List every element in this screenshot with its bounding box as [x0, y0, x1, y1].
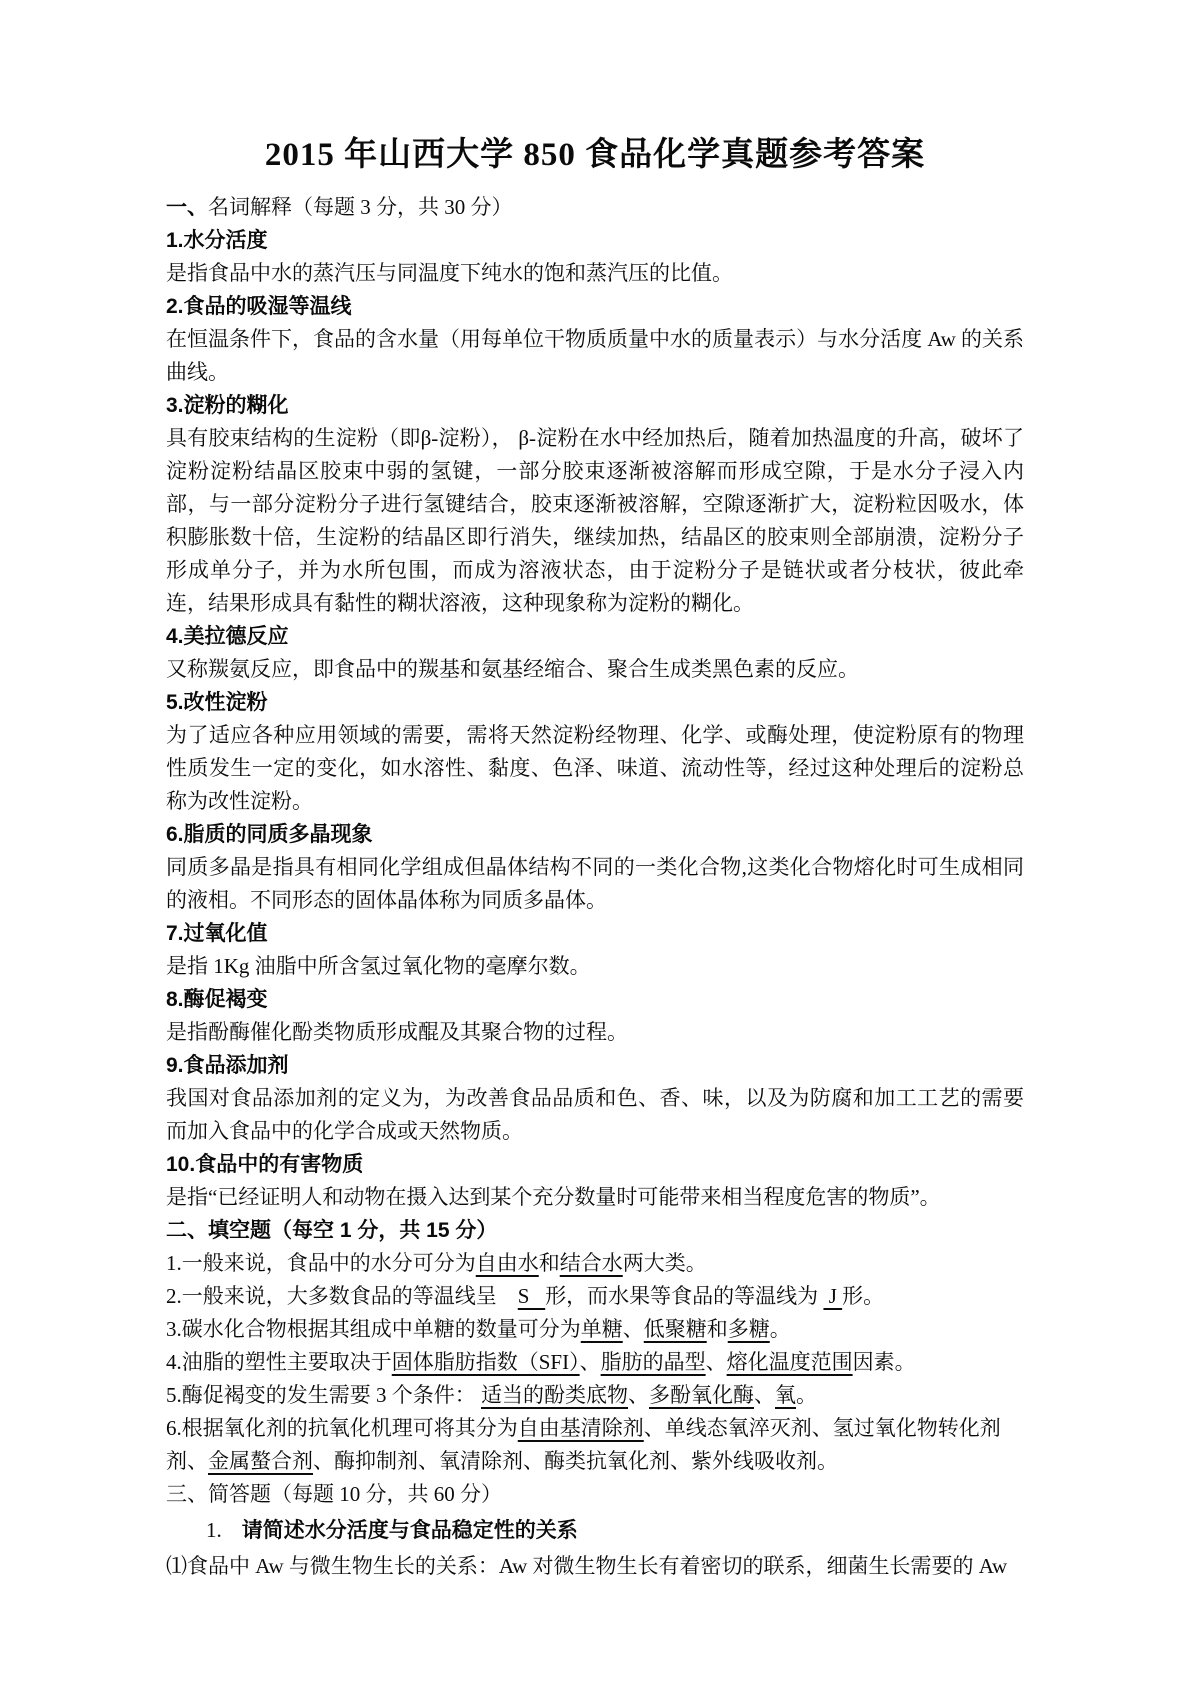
short-answer-question-1: 1.请简述水分活度与食品稳定性的关系 — [206, 1514, 1024, 1547]
glossary-term: 2.食品的吸湿等温线 — [166, 290, 1024, 323]
section-short-answer-heading: 三、简答题（每题 10 分，共 60 分） — [166, 1478, 1024, 1511]
glossary-list: 1.水分活度是指食品中水的蒸汽压与同温度下纯水的饱和蒸汽压的比值。2.食品的吸湿… — [166, 224, 1024, 1214]
fill-blank-answer: 固体脂肪指数（SFI） — [392, 1350, 580, 1374]
glossary-term: 6.脂质的同质多晶现象 — [166, 818, 1024, 851]
glossary-term: 10.食品中的有害物质 — [166, 1148, 1024, 1181]
fill-blank-answer: J — [823, 1284, 842, 1308]
fill-blank-text: 。 — [796, 1383, 817, 1407]
fill-blank-text: 形，而水果等食品的等温线为 — [545, 1284, 823, 1308]
fill-blank-answer: S — [518, 1284, 545, 1308]
fill-blank-answer: 熔化温度范围 — [727, 1350, 853, 1374]
page-title: 2015 年山西大学 850 食品化学真题参考答案 — [0, 0, 1190, 175]
fill-blank-text: 4.油脂的塑性主要取决于 — [166, 1350, 392, 1374]
fill-blank-text: 形。 — [842, 1284, 884, 1308]
glossary-term: 5.改性淀粉 — [166, 686, 1024, 719]
fill-blank-text: 3.碳水化合物根据其组成中单糖的数量可分为 — [166, 1317, 581, 1341]
glossary-definition: 为了适应各种应用领域的需要，需将天然淀粉经物理、化学、或酶处理，使淀粉原有的物理… — [166, 719, 1024, 818]
fill-blank-item: 1.一般来说，食品中的水分可分为自由水和结合水两大类。 — [166, 1247, 1024, 1280]
glossary-definition: 同质多晶是指具有相同化学组成但晶体结构不同的一类化合物,这类化合物熔化时可生成相… — [166, 851, 1024, 917]
fill-blank-list: 1.一般来说，食品中的水分可分为自由水和结合水两大类。2.一般来说，大多数食品的… — [166, 1247, 1024, 1478]
glossary-definition: 是指“已经证明人和动物在摄入达到某个充分数量时可能带来相当程度危害的物质”。 — [166, 1181, 1024, 1214]
fill-blank-answer: 自由水 — [476, 1251, 539, 1275]
fill-blank-text: 和 — [707, 1317, 728, 1341]
glossary-term: 1.水分活度 — [166, 224, 1024, 257]
fill-blank-item: 2.一般来说，大多数食品的等温线呈 S 形，而水果等食品的等温线为 J 形。 — [166, 1280, 1024, 1313]
fill-blank-text: 两大类。 — [623, 1251, 707, 1275]
glossary-term: 7.过氧化值 — [166, 917, 1024, 950]
fill-blank-answer: 低聚糖 — [644, 1317, 707, 1341]
fill-blank-text: 1.一般来说，食品中的水分可分为 — [166, 1251, 476, 1275]
question-title: 请简述水分活度与食品稳定性的关系 — [242, 1519, 578, 1542]
glossary-term: 8.酶促褐变 — [166, 983, 1024, 1016]
glossary-definition: 在恒温条件下，食品的含水量（用每单位干物质质量中水的质量表示）与水分活度 Aw … — [166, 323, 1024, 389]
document-body: 一、名词解释（每题 3 分，共 30 分） 1.水分活度是指食品中水的蒸汽压与同… — [166, 191, 1024, 1583]
fill-blank-answer: 结合水 — [560, 1251, 623, 1275]
answer-first-line: ⑴食品中 Aw 与微生物生长的关系：Aw 对微生物生长有着密切的联系，细菌生长需… — [166, 1550, 1024, 1583]
fill-blank-text: 、酶抑制剂、氧清除剂、酶类抗氧化剂、紫外线吸收剂。 — [313, 1449, 838, 1473]
glossary-term: 4.美拉德反应 — [166, 620, 1024, 653]
glossary-definition: 是指食品中水的蒸汽压与同温度下纯水的饱和蒸汽压的比值。 — [166, 257, 1024, 290]
glossary-definition: 是指酚酶催化酚类物质形成醌及其聚合物的过程。 — [166, 1016, 1024, 1049]
glossary-definition: 我国对食品添加剂的定义为，为改善食品品质和色、香、味，以及为防腐和加工工艺的需要… — [166, 1082, 1024, 1148]
fill-blank-item: 6.根据氧化剂的抗氧化机理可将其分为自由基清除剂、单线态氧淬灭剂、氢过氧化物转化… — [166, 1412, 1024, 1478]
fill-blank-answer: 氧 — [775, 1383, 796, 1407]
glossary-term: 3.淀粉的糊化 — [166, 389, 1024, 422]
fill-blank-text: 、 — [754, 1383, 775, 1407]
fill-blank-answer: 多酚氧化酶 — [649, 1383, 754, 1407]
section-glossary-heading-prefix: 一、 — [166, 195, 208, 219]
question-number: 1. — [206, 1518, 222, 1542]
glossary-definition: 是指 1Kg 油脂中所含氢过氧化物的毫摩尔数。 — [166, 950, 1024, 983]
fill-blank-item: 5.酶促褐变的发生需要 3 个条件： 适当的酚类底物、多酚氧化酶、氧。 — [166, 1379, 1024, 1412]
fill-blank-answer: 脂肪的晶型 — [601, 1350, 706, 1374]
section-glossary-heading: 一、名词解释（每题 3 分，共 30 分） — [166, 191, 1024, 224]
glossary-definition: 具有胶束结构的生淀粉（即β-淀粉）， β-淀粉在水中经加热后，随着加热温度的升高… — [166, 422, 1024, 620]
fill-blank-answer: 多糖 — [728, 1317, 770, 1341]
fill-blank-text: 2.一般来说，大多数食品的等温线呈 — [166, 1284, 518, 1308]
document-page: 2015 年山西大学 850 食品化学真题参考答案 一、名词解释（每题 3 分，… — [0, 0, 1190, 1683]
fill-blank-text: 、 — [706, 1350, 727, 1374]
fill-blank-text: 、 — [628, 1383, 649, 1407]
fill-blank-text: 和 — [539, 1251, 560, 1275]
fill-blank-answer: 适当的酚类底物 — [481, 1383, 628, 1407]
fill-blank-text: 因素。 — [853, 1350, 916, 1374]
fill-blank-answer: 单糖 — [581, 1317, 623, 1341]
fill-blank-item: 4.油脂的塑性主要取决于固体脂肪指数（SFI）、脂肪的晶型、熔化温度范围因素。 — [166, 1346, 1024, 1379]
glossary-definition: 又称羰氨反应，即食品中的羰基和氨基经缩合、聚合生成类黑色素的反应。 — [166, 653, 1024, 686]
fill-blank-answer: 金属螯合剂 — [208, 1449, 313, 1473]
fill-blank-answer: 自由基清除剂 — [518, 1416, 644, 1440]
fill-blank-text: 。 — [770, 1317, 791, 1341]
glossary-term: 9.食品添加剂 — [166, 1049, 1024, 1082]
fill-blank-text: 、 — [623, 1317, 644, 1341]
fill-blank-text: 、 — [580, 1350, 601, 1374]
fill-blank-item: 3.碳水化合物根据其组成中单糖的数量可分为单糖、低聚糖和多糖。 — [166, 1313, 1024, 1346]
section-fill-heading: 二、填空题（每空 1 分，共 15 分） — [166, 1214, 1024, 1247]
fill-blank-text: 5.酶促褐变的发生需要 3 个条件： — [166, 1383, 481, 1407]
fill-blank-text: 6.根据氧化剂的抗氧化机理可将其分为 — [166, 1416, 518, 1440]
section-glossary-heading-text: 名词解释（每题 3 分，共 30 分） — [208, 195, 513, 219]
